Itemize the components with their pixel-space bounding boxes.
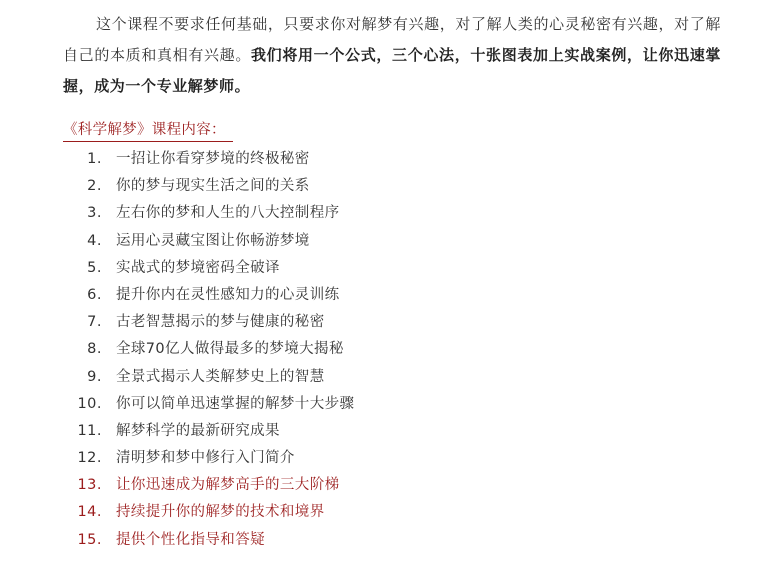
item-text: 实战式的梦境密码全破译 <box>116 255 280 282</box>
item-number: 15. <box>60 527 102 554</box>
item-text: 全球70亿人做得最多的梦境大揭秘 <box>116 336 344 363</box>
item-text: 提供个性化指导和答疑 <box>116 527 265 554</box>
item-number: 10. <box>60 391 102 418</box>
item-text: 清明梦和梦中修行入门简介 <box>116 445 295 472</box>
item-number: 6. <box>60 282 102 309</box>
item-text: 左右你的梦和人生的八大控制程序 <box>116 200 340 227</box>
item-text: 全景式揭示人类解梦史上的智慧 <box>116 364 325 391</box>
item-number: 1. <box>60 146 102 173</box>
item-text: 解梦科学的最新研究成果 <box>116 418 280 445</box>
item-number: 12. <box>60 445 102 472</box>
item-text: 一招让你看穿梦境的终极秘密 <box>116 146 310 173</box>
item-number: 14. <box>60 499 102 526</box>
item-number: 4. <box>60 228 102 255</box>
item-number: 2. <box>60 173 102 200</box>
item-number: 3. <box>60 200 102 227</box>
item-text: 你的梦与现实生活之间的关系 <box>116 173 310 200</box>
item-text: 你可以简单迅速掌握的解梦十大步骤 <box>116 391 354 418</box>
item-text: 让你迅速成为解梦高手的三大阶梯 <box>116 472 340 499</box>
course-content-heading: 《科学解梦》课程内容： <box>63 120 233 142</box>
item-text: 提升你内在灵性感知力的心灵训练 <box>116 282 340 309</box>
item-text: 运用心灵藏宝图让你畅游梦境 <box>116 228 310 255</box>
item-text: 持续提升你的解梦的技术和境界 <box>116 499 325 526</box>
item-number: 13. <box>60 472 102 499</box>
item-text: 古老智慧揭示的梦与健康的秘密 <box>116 309 325 336</box>
intro-paragraph: 这个课程不要求任何基础，只要求你对解梦有兴趣，对了解人类的心灵秘密有兴趣，对了解… <box>63 9 721 102</box>
item-number: 8. <box>60 336 102 363</box>
item-number: 5. <box>60 255 102 282</box>
item-number: 11. <box>60 418 102 445</box>
item-number: 9. <box>60 364 102 391</box>
item-number: 7. <box>60 309 102 336</box>
